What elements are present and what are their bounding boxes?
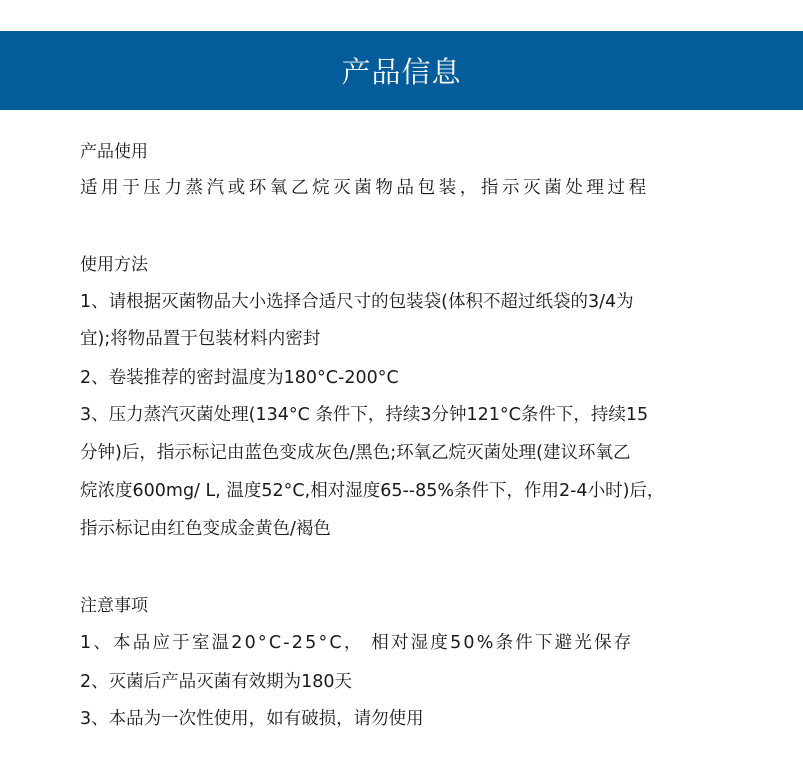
title-banner: 产品信息	[0, 31, 803, 110]
method-line: 指示标记由红色变成金黄色/褐色	[80, 517, 331, 541]
usage-line: 适用于压力蒸汽或环氧乙烷灭菌物品包装，指示灭菌处理过程	[80, 176, 650, 200]
notes-line: 1、本品应于室温20°C-25°C， 相对湿度50%条件下避光保存	[80, 631, 633, 655]
page-title: 产品信息	[341, 50, 461, 91]
method-line: 3、压力蒸汽灭菌处理(134°C 条件下，持续3分钟121°C条件下，持续15	[80, 403, 648, 427]
section-heading-notes: 注意事项	[80, 594, 148, 618]
section-heading-method: 使用方法	[80, 253, 148, 277]
section-heading-usage: 产品使用	[80, 140, 148, 164]
method-line: 1、请根据灭菌物品大小选择合适尺寸的包装袋(体积不超过纸袋的3/4为	[80, 290, 634, 314]
method-line: 烷浓度600mg/ L, 温度52°C,相对湿度65--85%条件下，作用2-4…	[80, 479, 664, 503]
method-line: 分钟)后，指示标记由蓝色变成灰色/黑色;环氧乙烷灭菌处理(建议环氧乙	[80, 441, 630, 465]
method-line: 宜);将物品置于包装材料内密封	[80, 327, 320, 351]
method-line: 2、卷装推荐的密封温度为180°C-200°C	[80, 366, 399, 390]
notes-line: 2、灭菌后产品灭菌有效期为180天	[80, 670, 352, 694]
notes-line: 3、本品为一次性使用，如有破损，请勿使用	[80, 707, 424, 731]
